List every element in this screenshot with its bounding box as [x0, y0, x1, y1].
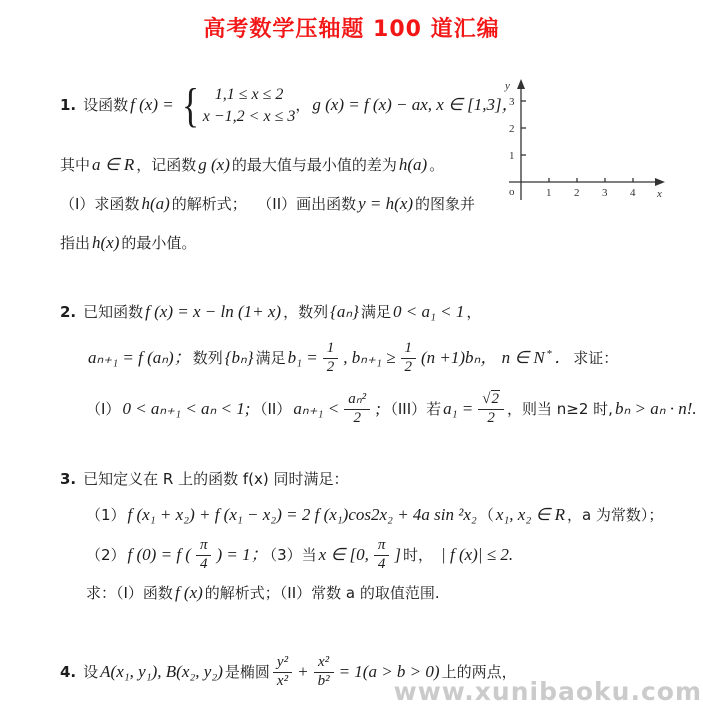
math-run: f (x) =	[128, 95, 176, 114]
math-run: A(x₁, y₁), B(x₂, y₂)	[98, 662, 225, 681]
problem-1-line-2: 其中a ∈ R，记函数g (x)的最大值与最小值的差为h(a)。	[60, 155, 444, 175]
origin-label: o	[509, 186, 515, 198]
text-run: 数列	[193, 349, 223, 367]
text-run: 的解析式；（II）常数 a 的取值范围.	[205, 584, 440, 602]
problem-3-line-2: （1）f (x₁ + x₂) + f (x₁ − x₂) = 2 f (x₁)c…	[86, 505, 663, 525]
y-tick-label: 1	[509, 150, 515, 162]
math-run: ]	[392, 545, 403, 564]
x-axis-arrow-icon	[655, 178, 665, 186]
math-run: h(a)	[139, 194, 171, 213]
math-fraction: 12	[401, 341, 417, 376]
text-run: ，	[295, 96, 310, 114]
y-tick-label: 2	[509, 123, 515, 135]
fraction-numerator: 1	[401, 341, 417, 358]
problem-number: 4.	[60, 663, 76, 681]
x-tick-label: 1	[546, 187, 552, 199]
text-run: ，a 为常数）；	[567, 506, 663, 524]
problem-3-line-3: （2）f (0) = f (π4) = 1；（3）当x ∈ [0,π4]时，| …	[86, 538, 515, 573]
math-run: f (0) = f (	[126, 545, 193, 564]
watermark: www.xunibaoku.com	[394, 677, 702, 706]
math-run: a ∈ R	[90, 155, 136, 174]
text-run: 的图象并	[415, 195, 475, 213]
y-axis-arrow-icon	[517, 79, 525, 89]
text-run: 的解析式；	[172, 195, 247, 213]
math-run: , bₙ₊₁ ≥	[341, 348, 397, 367]
math-run: f (x)	[173, 583, 205, 602]
text-run: 指出	[60, 234, 90, 252]
math-fraction: 12	[323, 341, 339, 376]
text-run: 。	[429, 156, 444, 174]
problem-2-line-2: aₙ₊₁ = f (aₙ)；数列{bₙ}满足b₁ =12, bₙ₊₁ ≥12(n…	[86, 341, 618, 376]
math-run: +	[295, 662, 310, 681]
fraction-numerator: 1	[323, 341, 339, 358]
fraction-numerator: y²	[273, 655, 292, 672]
piecewise-brace: {	[182, 84, 199, 127]
text-run: （III）若	[383, 400, 441, 418]
math-run: aₙ₊₁ <	[291, 399, 341, 418]
math-run: {bₙ}	[223, 348, 256, 367]
problem-number: 2.	[60, 303, 76, 321]
y-tick-label: 3	[509, 96, 515, 108]
math-run: | f (x)| ≤ 2.	[439, 545, 515, 564]
math-run: y = h(x)	[356, 194, 415, 213]
text-run: 满足	[361, 303, 391, 321]
problem-2-line-1: 2.已知函数f (x) = x − ln (1+ x)，数列{aₙ}满足0 < …	[60, 302, 481, 322]
math-run: ) = 1；	[214, 545, 269, 564]
math-fraction: π4	[374, 538, 390, 573]
math-run: 0 < a₁ < 1	[391, 302, 466, 321]
case-1: 1,1 ≤ x ≤ 2	[203, 84, 296, 106]
text-run: 已知定义在 R 上的函数 f(x) 同时满足：	[83, 470, 348, 488]
fraction-denominator: 2	[323, 358, 339, 376]
problem-1-line-4: 指出h(x)的最小值。	[60, 233, 196, 253]
math-fraction: y²x²	[273, 655, 292, 690]
fraction-numerator: aₙ²	[344, 392, 370, 409]
math-run: h(x)	[90, 233, 121, 252]
math-run: g (x) = f (x) − ax, x ∈ [1,3]，	[310, 95, 520, 114]
math-run: h(a)	[397, 155, 429, 174]
math-run: a₁ =	[441, 399, 475, 418]
text-run: （II）画出函数	[265, 195, 356, 213]
doc-title: 高考数学压轴题 100 道汇编	[0, 12, 703, 43]
text-run: 求证：	[573, 349, 618, 367]
text-run: 设	[83, 663, 98, 681]
math-fraction: √22	[478, 392, 504, 427]
fraction-numerator: x²	[314, 655, 334, 672]
text-run: （2）	[86, 546, 126, 564]
text-run: 设函数	[83, 96, 128, 114]
x-tick-label: 4	[630, 187, 636, 199]
text-run: （1）	[86, 506, 126, 524]
math-run: f (x) = x − ln (1+ x)	[143, 302, 283, 321]
text-run: 的最大值与最小值的差为	[232, 156, 397, 174]
x-tick-label: 2	[574, 187, 580, 199]
fraction-denominator: 2	[478, 409, 504, 427]
math-fraction: x²b²	[314, 655, 334, 690]
text-run: （	[479, 506, 494, 524]
radical-sign: √	[482, 391, 490, 407]
text-run: （I）	[86, 400, 120, 418]
math-fraction: aₙ²2	[344, 392, 370, 427]
fraction-numerator: π	[196, 538, 212, 555]
x-axis-label: x	[656, 188, 662, 200]
text-run: ，数列	[283, 303, 328, 321]
math-fraction: π4	[196, 538, 212, 573]
fraction-denominator: 2	[401, 358, 417, 376]
problem-3-line-1: 3.已知定义在 R 上的函数 f(x) 同时满足：	[60, 470, 349, 488]
problem-number: 3.	[60, 470, 76, 488]
text-run: ，记函数	[136, 156, 196, 174]
fraction-denominator: 4	[374, 555, 390, 573]
math-run: g (x)	[196, 155, 232, 174]
math-run: x₁, x₂ ∈ R	[494, 505, 567, 524]
problem-2-line-3: （I）0 < aₙ₊₁ < aₙ < 1;（II）aₙ₊₁ <aₙ²2;（III…	[86, 392, 699, 427]
problem-number: 1.	[60, 96, 76, 114]
text-run: （3）当	[270, 546, 317, 564]
text-run: （I）求函数	[60, 195, 139, 213]
radicand: 2	[491, 390, 501, 407]
text-run: 是椭圆	[225, 663, 270, 681]
math-run: bₙ > aₙ · n!.	[613, 399, 699, 418]
text-run: 时，	[403, 546, 433, 564]
text-run: ，	[466, 303, 481, 321]
math-run: f (x₁ + x₂) + f (x₁ − x₂) = 2 f (x₁)cos2…	[126, 505, 479, 524]
problem-1-line-1: 1.设函数f (x) ={1,1 ≤ x ≤ 2x −1,2 < x ≤ 3，g…	[60, 84, 521, 127]
fraction-denominator: b²	[314, 672, 334, 690]
math-run: ;	[373, 399, 383, 418]
math-run: {aₙ}	[328, 302, 361, 321]
fraction-numerator: √2	[478, 392, 504, 409]
text-run: 求：（I）函数	[86, 584, 173, 602]
case-2: x −1,2 < x ≤ 3	[203, 106, 296, 128]
fraction-denominator: x²	[273, 672, 292, 690]
math-run: 0 < aₙ₊₁ < aₙ < 1;	[120, 399, 252, 418]
coordinate-graph: y x o 1 2 3 4 1 2 3	[497, 76, 669, 206]
fraction-denominator: 4	[196, 555, 212, 573]
piecewise-cases: 1,1 ≤ x ≤ 2x −1,2 < x ≤ 3	[203, 84, 296, 127]
text-run: ，则当 n≥2 时,	[507, 400, 613, 418]
y-axis-label: y	[504, 80, 510, 92]
problem-3-line-4: 求：（I）函数f (x)的解析式；（II）常数 a 的取值范围.	[86, 583, 440, 603]
math-run: ．	[552, 348, 573, 367]
text-run: 的最小值。	[121, 234, 196, 252]
text-run: 满足	[256, 349, 286, 367]
problem-1-line-3: （I）求函数h(a)的解析式；（II）画出函数y = h(x)的图象并	[60, 194, 475, 214]
math-run: (n +1)bₙ， n ∈ N	[419, 348, 547, 367]
text-run: 已知函数	[83, 303, 143, 321]
math-run: b₁ =	[286, 348, 320, 367]
fraction-denominator: 2	[344, 409, 370, 427]
fraction-numerator: π	[374, 538, 390, 555]
text-run: 其中	[60, 156, 90, 174]
x-tick-label: 3	[602, 187, 608, 199]
math-run: aₙ₊₁ = f (aₙ)；	[86, 348, 193, 367]
math-run: x ∈ [0,	[317, 545, 371, 564]
text-run: （II）	[252, 400, 291, 418]
